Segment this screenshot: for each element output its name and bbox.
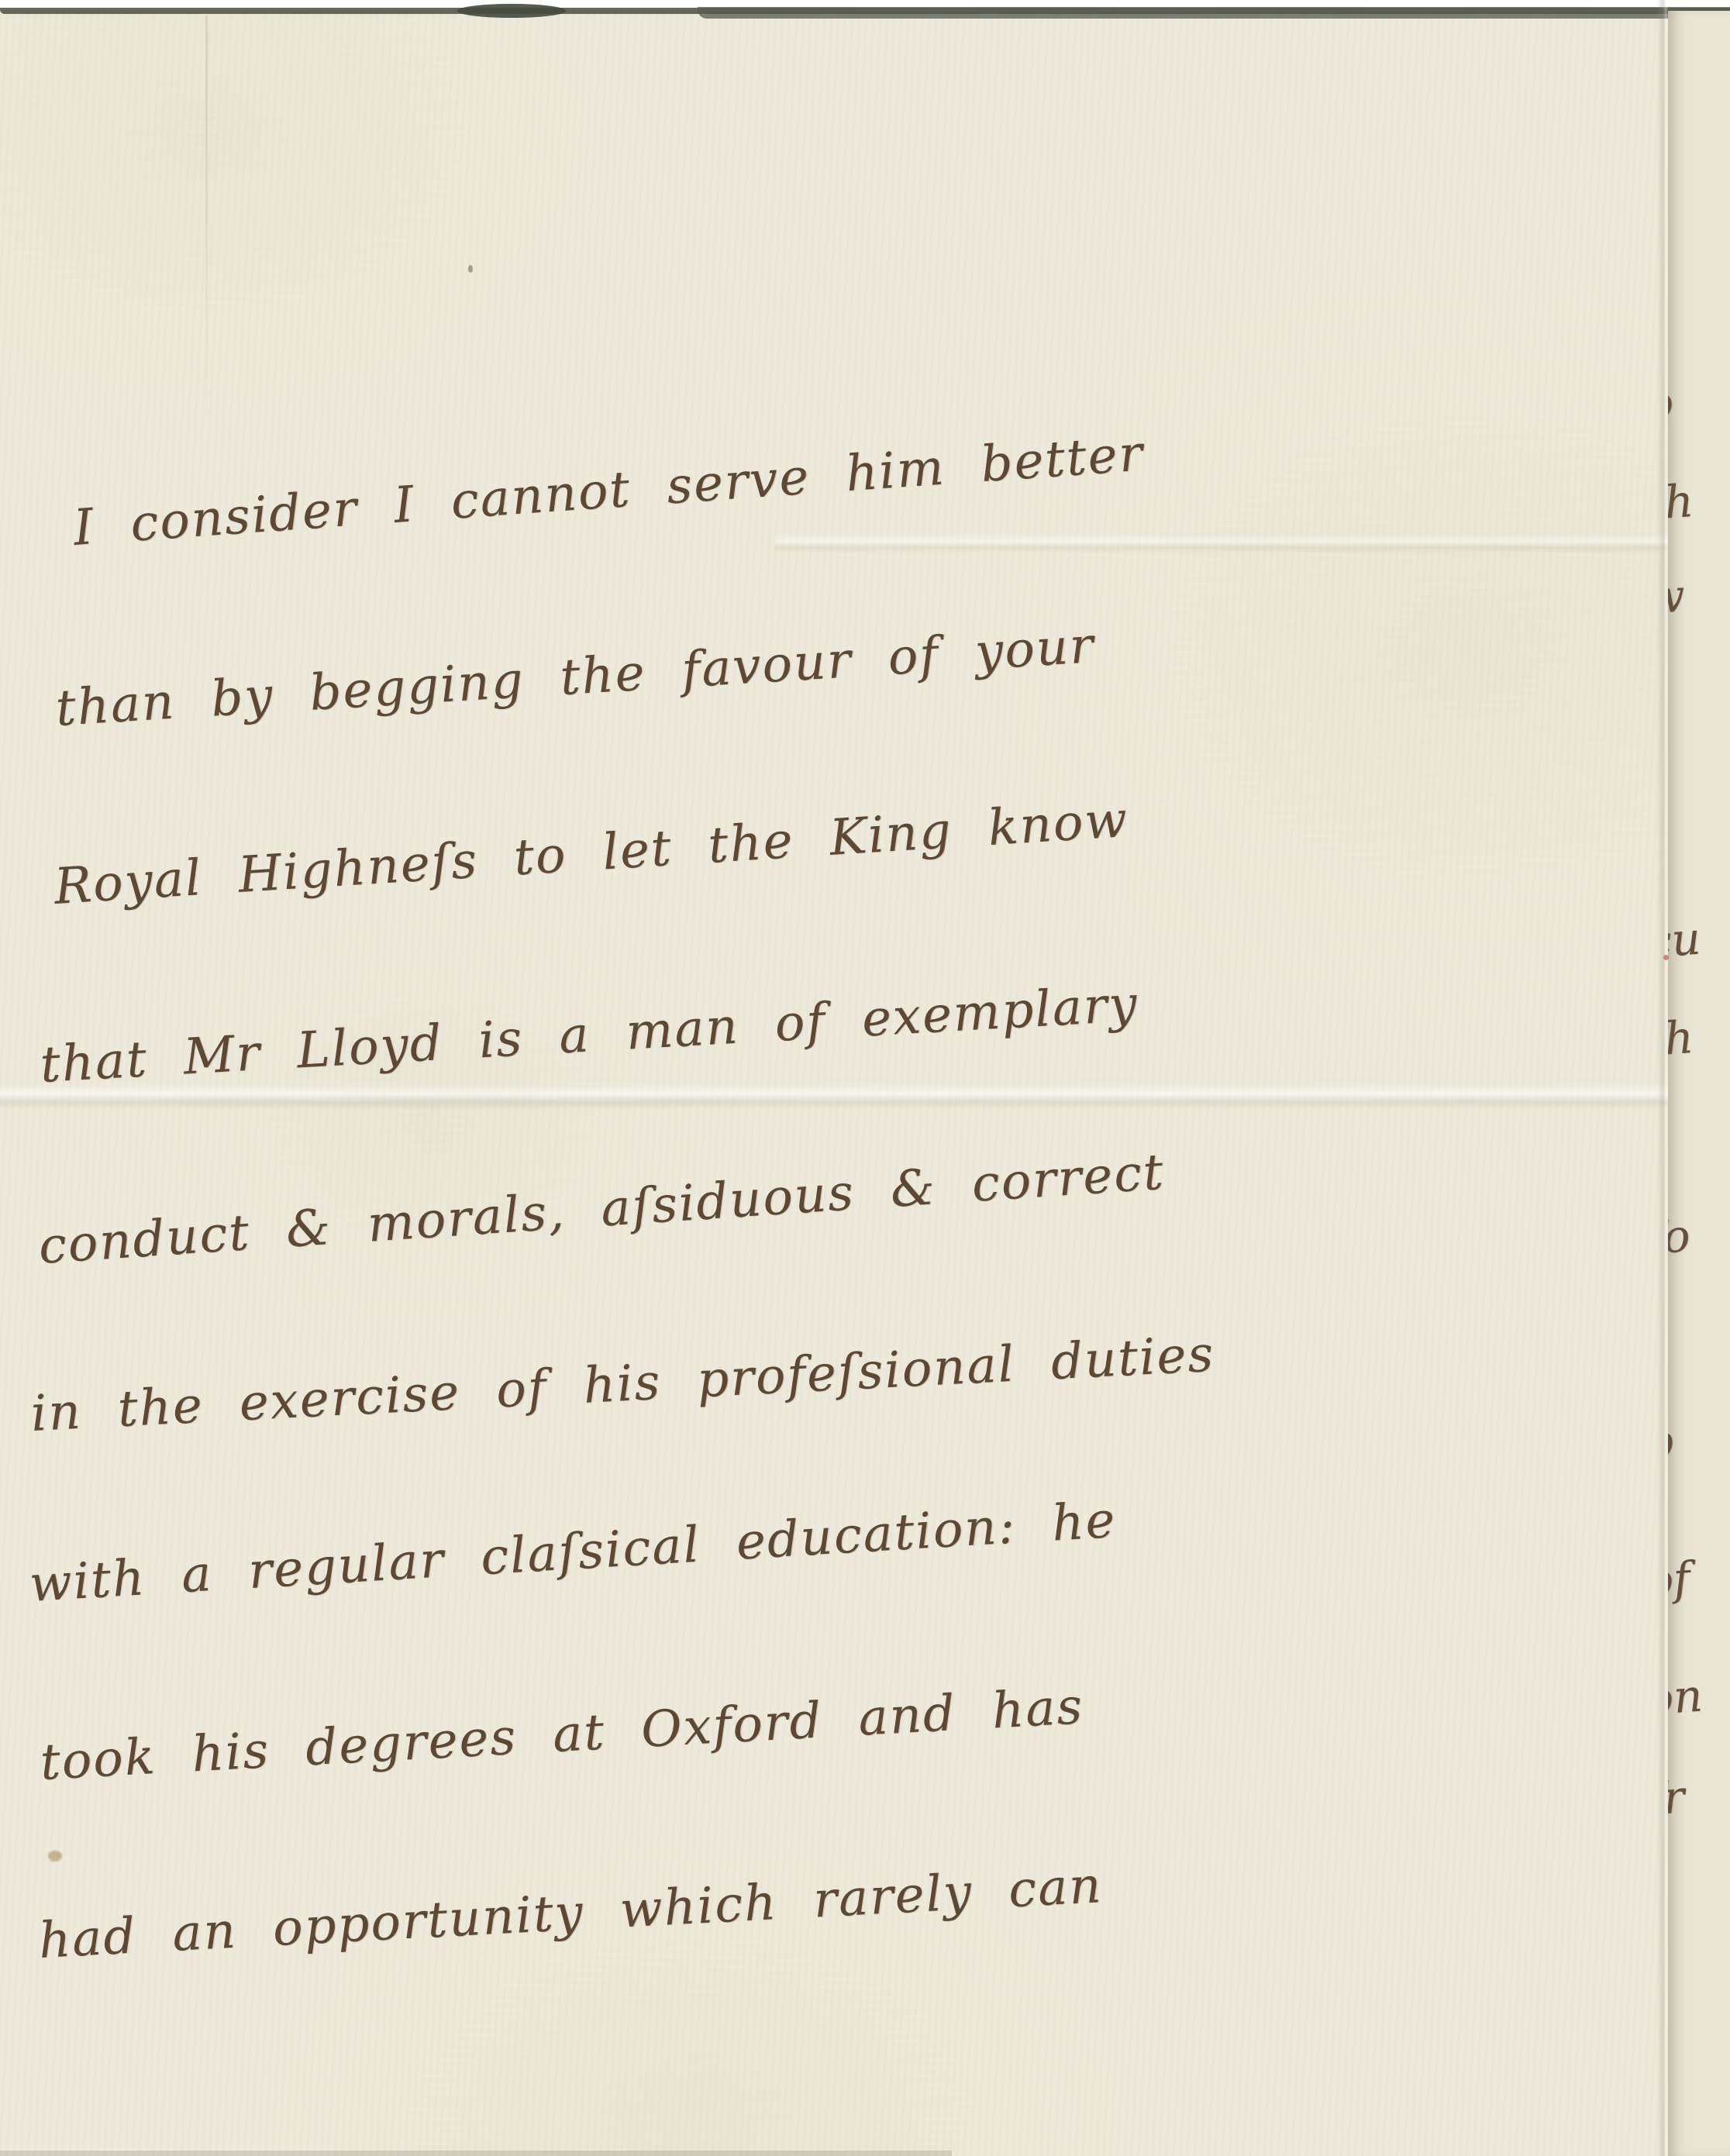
letter-line: I consider I cannot serve him better: [71, 425, 1146, 557]
letter-line: in the exercise of his profeſsional duti…: [29, 1326, 1216, 1443]
edge-text-fragment: on: [1668, 1669, 1704, 1726]
edge-text-fragment: th: [1668, 1011, 1695, 1066]
edge-text-fragment: o: [1668, 376, 1675, 430]
letter-line: than by begging the favour of your: [54, 617, 1097, 738]
letter-line: conduct & morals, aſsiduous & correct: [37, 1144, 1167, 1276]
paper-stain: [48, 1851, 62, 1862]
letter-line: took his degrees at Oxford and has: [39, 1678, 1085, 1792]
letter-line: had an opportunity which rarely can: [37, 1857, 1104, 1970]
letter-line: with a regular claſsical education: he: [28, 1492, 1118, 1614]
edge-text-fragment: fo: [1668, 1209, 1692, 1265]
letter-line: that Mr Lloyd is a man of exemplary: [39, 976, 1140, 1094]
edge-text-fragment: fr: [1668, 1770, 1687, 1825]
fold-line-vertical-right: [1657, 0, 1668, 2156]
paper-bottom-edge: [0, 2151, 952, 2156]
conjugate-leaf-edge: o th w cu th I fo b of on fr: [1668, 11, 1730, 2156]
manuscript-page: o th w cu th I fo b of on fr I consider …: [0, 0, 1730, 2156]
edge-text-fragment: w: [1668, 569, 1687, 624]
paper-top-edge-shadow: [698, 7, 1730, 19]
letter-line: Royal Highneſs to let the King know: [53, 791, 1130, 916]
edge-text-fragment: cu: [1668, 912, 1702, 969]
edge-text-fragment: of: [1668, 1552, 1692, 1607]
fold-crease-horizontal-main: [0, 1083, 1730, 1110]
edge-text-fragment: b: [1668, 1414, 1677, 1469]
ink-speck: [468, 265, 473, 273]
fold-crease-horizontal-upper: [775, 533, 1730, 553]
paper-top-edge-bump: [457, 4, 566, 18]
edge-text-fragment: th: [1668, 474, 1695, 530]
paper-stain: [1663, 955, 1669, 960]
fold-crease-vertical-left: [205, 15, 208, 449]
